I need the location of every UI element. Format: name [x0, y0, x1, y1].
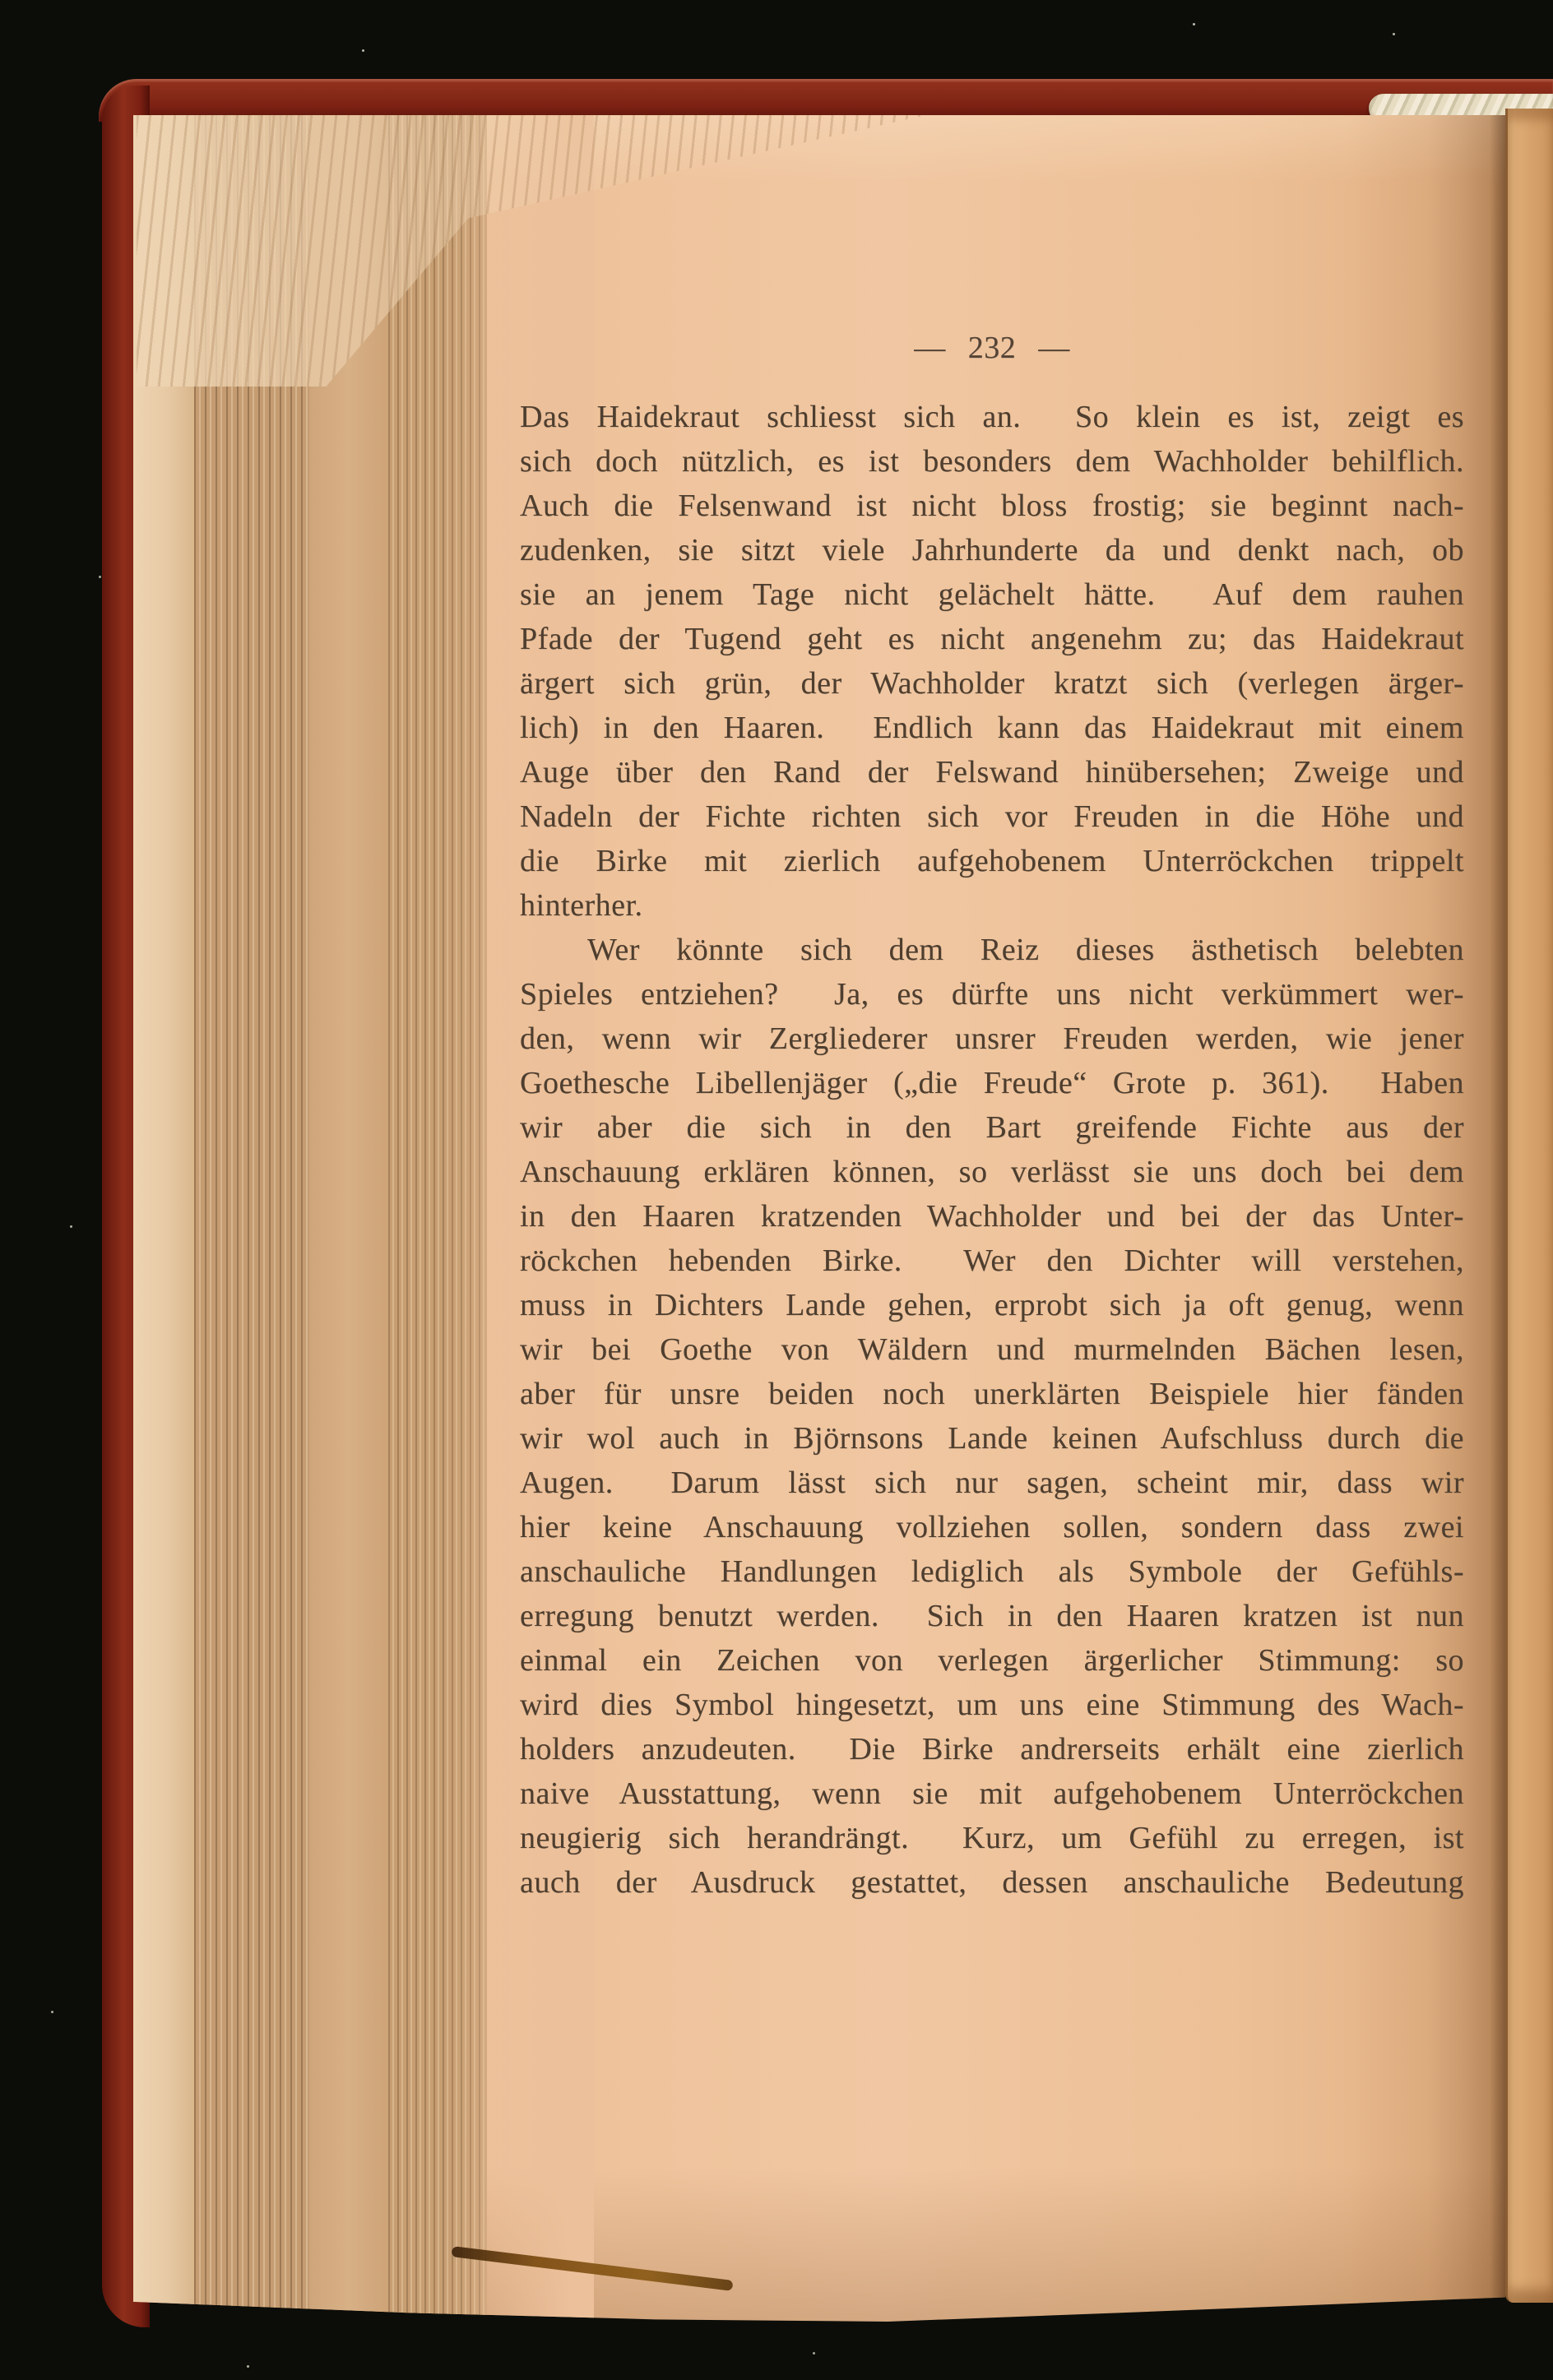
text-line: Nadeln der Fichte richten sich vor Freud…: [520, 794, 1464, 839]
text-line: einmal ein Zeichen von verlegen ärgerlic…: [520, 1638, 1464, 1683]
text-line: wir wol auch in Björnsons Lande keinen A…: [520, 1416, 1464, 1461]
page-number-dash-left: —: [914, 326, 946, 370]
text-line: wird dies Symbol hingesetzt, um uns eine…: [520, 1683, 1464, 1727]
text-line: naive Ausstattung, wenn sie mit aufgehob…: [520, 1771, 1464, 1816]
next-page-edge: [1505, 109, 1553, 2303]
text-line: aber für unsre beiden noch unerklärten B…: [520, 1372, 1464, 1416]
text-line: Anschauung erklären können, so verlässt …: [520, 1150, 1464, 1194]
text-line: Goethesche Libellenjäger („die Freude“ G…: [520, 1061, 1464, 1105]
paragraph-2: Wer könnte sich dem Reiz dieses ästhetis…: [520, 928, 1464, 1905]
text-line: erregung benutzt werden. Sich in den Haa…: [520, 1594, 1464, 1638]
page-edges-striations: [194, 115, 309, 2322]
text-line: zudenken, sie sitzt viele Jahrhunderte d…: [520, 528, 1464, 572]
text-line: Pfade der Tugend geht es nicht angenehm …: [520, 617, 1464, 661]
page-edges-outer: [133, 115, 194, 2322]
text-line: Das Haidekraut schliesst sich an. So kle…: [520, 395, 1464, 439]
text-line: wir aber die sich in den Bart greifende …: [520, 1105, 1464, 1150]
text-line: lich) in den Haaren. Endlich kann das Ha…: [520, 706, 1464, 750]
text-line: den, wenn wir Zergliederer unsrer Freude…: [520, 1016, 1464, 1061]
page-number: 232: [968, 326, 1017, 370]
book-scan: — 232 — Das Haidekraut schliesst sich an…: [0, 0, 1553, 2380]
text-line: Auch die Felsenwand ist nicht bloss fros…: [520, 484, 1464, 528]
page-number-dash-right: —: [1038, 326, 1070, 370]
page-edges-striations-inner: [388, 115, 487, 2322]
text-line: sich doch nützlich, es ist besonders dem…: [520, 439, 1464, 484]
text-line: sie an jenem Tage nicht gelächelt hätte.…: [520, 572, 1464, 617]
page-number-header: — 232 —: [520, 326, 1464, 370]
text-line: die Birke mit zierlich aufgehobenem Unte…: [520, 839, 1464, 883]
text-line: hinterher.: [520, 883, 1464, 928]
paragraph-1: Das Haidekraut schliesst sich an. So kle…: [520, 395, 1464, 928]
text-block: — 232 — Das Haidekraut schliesst sich an…: [520, 326, 1464, 1905]
text-line: hier keine Anschauung vollziehen sollen,…: [520, 1505, 1464, 1549]
text-line: holders anzudeuten. Die Birke andrerseit…: [520, 1727, 1464, 1771]
text-line: neugierig sich herandrängt. Kurz, um Gef…: [520, 1816, 1464, 1860]
text-line: röckchen hebenden Birke. Wer den Dichter…: [520, 1239, 1464, 1283]
text-line: Spieles entziehen? Ja, es dürfte uns nic…: [520, 972, 1464, 1016]
text-line: muss in Dichters Lande gehen, erprobt si…: [520, 1283, 1464, 1327]
text-line: ärgert sich grün, der Wachholder kratzt …: [520, 661, 1464, 706]
page-edges-mid: [309, 115, 388, 2322]
text-line: Auge über den Rand der Felswand hinübers…: [520, 750, 1464, 794]
page-edges-stack: [133, 115, 520, 2322]
text-line: Wer könnte sich dem Reiz dieses ästhetis…: [520, 928, 1464, 972]
text-line: anschauliche Handlungen lediglich als Sy…: [520, 1549, 1464, 1594]
text-line: auch der Ausdruck gestattet, dessen ansc…: [520, 1860, 1464, 1905]
text-line: wir bei Goethe von Wäldern und murmelnde…: [520, 1327, 1464, 1372]
text-line: in den Haaren kratzenden Wachholder und …: [520, 1194, 1464, 1239]
text-line: Augen. Darum lässt sich nur sagen, schei…: [520, 1461, 1464, 1505]
